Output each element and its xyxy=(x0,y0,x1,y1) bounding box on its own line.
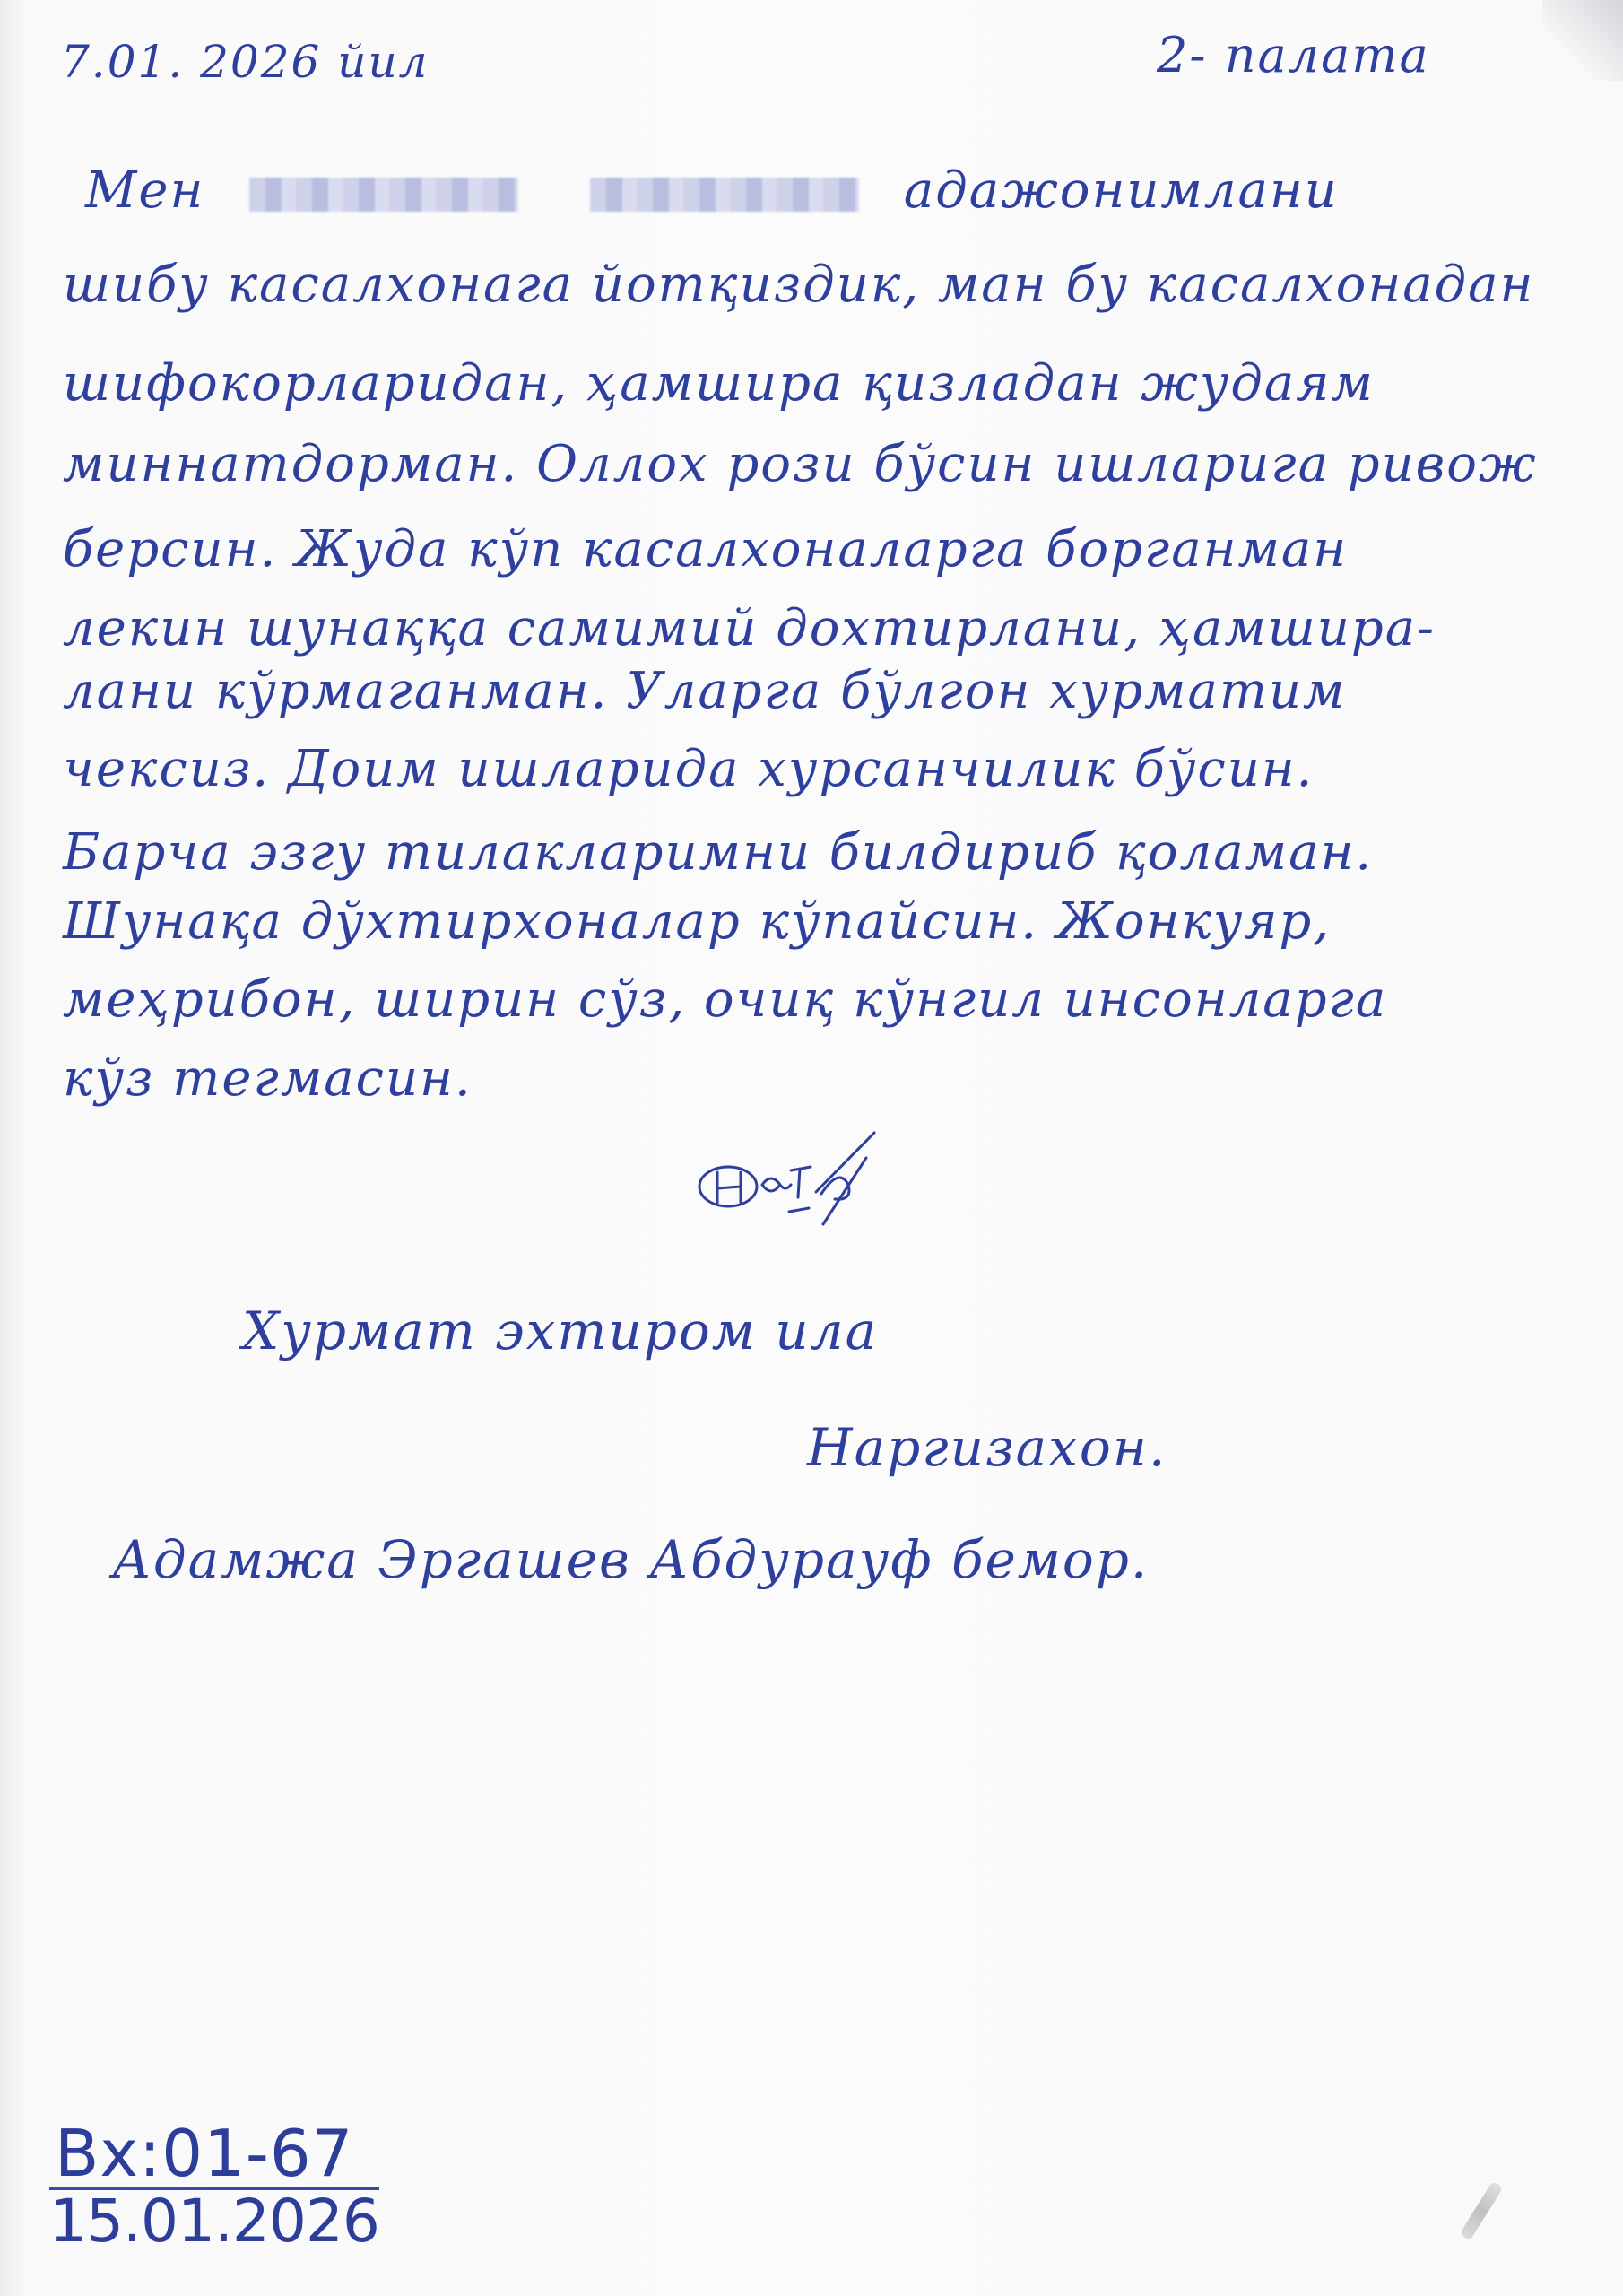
redacted-first-name xyxy=(249,178,518,212)
handwritten-signature-icon xyxy=(690,1126,888,1233)
scan-smudge-mark xyxy=(1460,2181,1504,2241)
body-line-2: шибу касалхонага йотқиздик, ман бу касал… xyxy=(63,256,1534,314)
body-line-3: шифокорларидан, ҳамшира қизладан жудаям xyxy=(63,354,1375,413)
registration-date: 15.01.2026 xyxy=(49,2190,379,2252)
body-line-4: миннатдорман. Оллох рози бўсин ишларига … xyxy=(63,435,1538,493)
body-line-7: лани кўрмаганман. Уларга бўлгон хурматим xyxy=(63,662,1346,720)
body-line-12: кўз тегмасин. xyxy=(63,1049,473,1108)
closing-addressee: Наргизахон. xyxy=(807,1417,1167,1478)
registration-stamp: Вх:01-67 15.01.2026 xyxy=(49,2121,379,2252)
body-line-5: берсин. Жуда кўп касалхоналарга борганма… xyxy=(63,520,1348,578)
scanned-letter-page: 7.01. 2026 йил 2- палата Мен адажонимлан… xyxy=(0,0,1623,2296)
body-line-9: Барча эзгу тилакларимни билдириб қоламан… xyxy=(63,823,1373,882)
registration-number: Вх:01-67 xyxy=(49,2121,379,2190)
body-line-11: меҳрибон, ширин сўз, очиқ кўнгил инсонла… xyxy=(63,970,1387,1029)
body-line-1-end: адажонимлани xyxy=(904,161,1339,220)
page-corner-shadow xyxy=(1542,0,1623,81)
closing-respect-line: Хурмат эхтиром ила xyxy=(242,1300,878,1361)
closing-sender: Адамжа Эргашев Абдурауф бемор. xyxy=(112,1529,1149,1590)
redacted-last-name xyxy=(590,178,859,212)
body-line-1-start: Мен xyxy=(85,161,204,220)
body-line-6: лекин шунаққа самимий дохтирлани, ҳамшир… xyxy=(63,599,1436,657)
body-line-10: Шунақа дўхтирхоналар кўпайсин. Жонкуяр, xyxy=(63,892,1331,951)
ward-number: 2- палата xyxy=(1157,27,1430,83)
body-line-1: Мен адажонимлани xyxy=(85,161,1339,220)
body-line-8: чексиз. Доим ишларида хурсанчилик бўсин. xyxy=(63,740,1314,798)
letter-date: 7.01. 2026 йил xyxy=(61,36,430,88)
